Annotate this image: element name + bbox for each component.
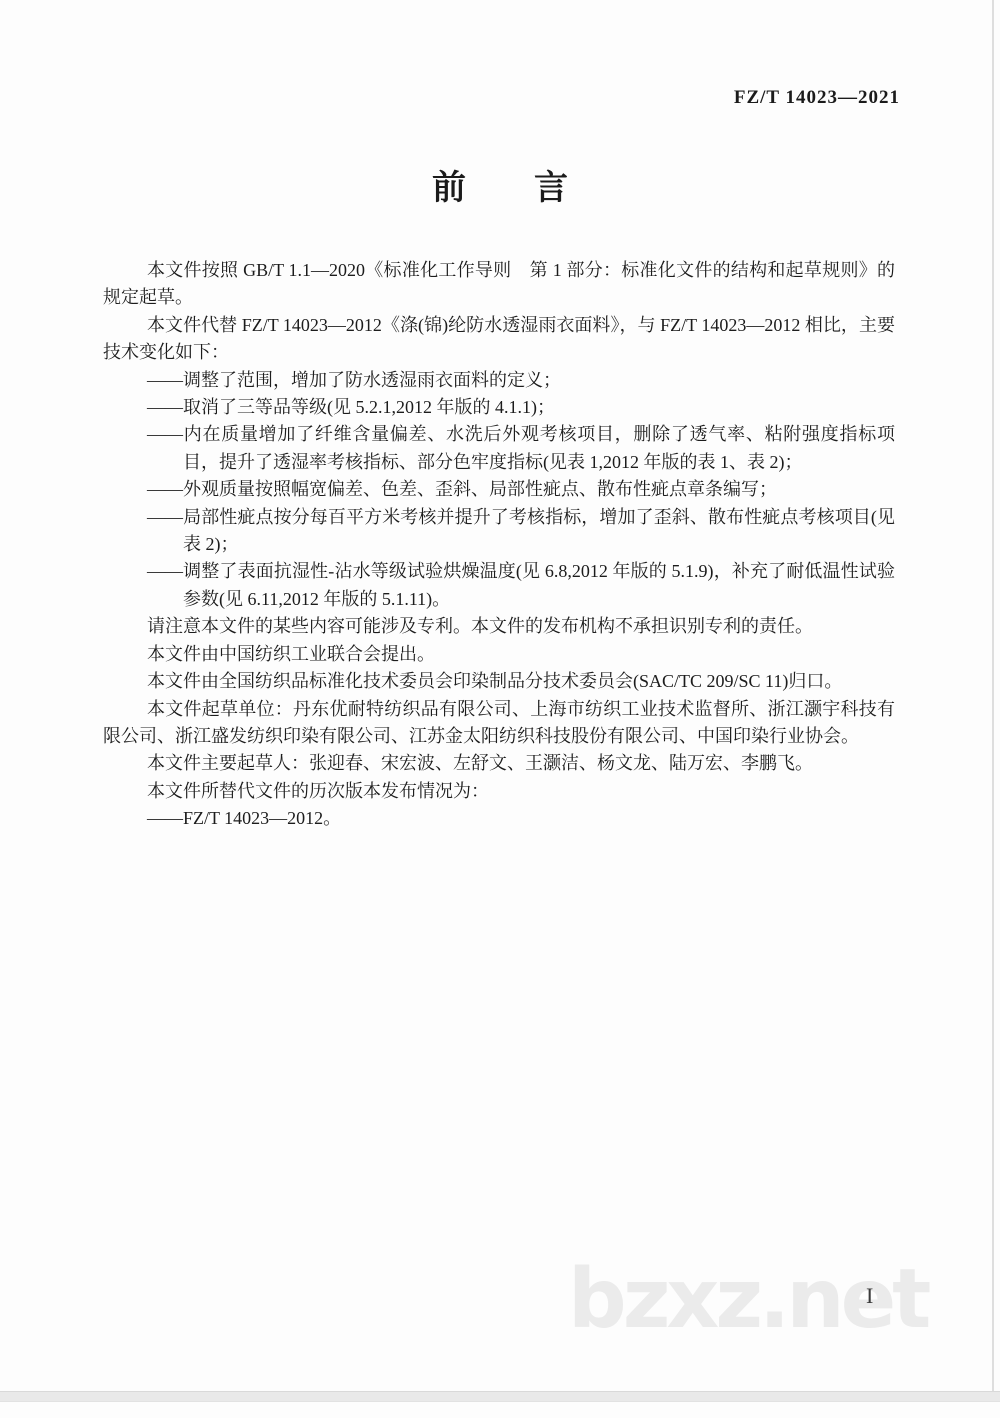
paragraph-proposer: 本文件由中国纺织工业联合会提出。 [103, 641, 895, 668]
watermark-text: bzxz.net [568, 1252, 927, 1347]
page-title: 前 言 [0, 160, 1000, 209]
standard-code: FZ/T 14023—2021 [734, 87, 900, 109]
change-item-scope: ——调整了范围，增加了防水透湿雨衣面料的定义； [103, 367, 895, 394]
paragraph-patent-notice: 请注意本文件的某些内容可能涉及专利。本文件的发布机构不承担识别专利的责任。 [103, 613, 895, 640]
change-item-test-params: ——调整了表面抗湿性-沾水等级试验烘燥温度(见 6.8,2012 年版的 5.1… [103, 558, 895, 613]
change-item-grades: ——取消了三等品等级(见 5.2.1,2012 年版的 4.1.1)； [103, 394, 895, 421]
paragraph-replaces: 本文件代替 FZ/T 14023—2012《涤(锦)纶防水透湿雨衣面料》，与 F… [103, 312, 895, 367]
document-page: FZ/T 14023—2021 前 言 本文件按照 GB/T 1.1—2020《… [0, 0, 1000, 1418]
paragraph-history-intro: 本文件所替代文件的历次版本发布情况为： [103, 778, 895, 805]
paragraph-drafting-units: 本文件起草单位：丹东优耐特纺织品有限公司、上海市纺织工业技术监督所、浙江灏宇科技… [103, 696, 895, 751]
change-item-inner-quality: ——内在质量增加了纤维含量偏差、水洗后外观考核项目，删除了透气率、粘附强度指标项… [103, 421, 895, 476]
change-item-appearance: ——外观质量按照幅宽偏差、色差、歪斜、局部性疵点、散布性疵点章条编写； [103, 476, 895, 503]
history-item: ——FZ/T 14023—2012。 [103, 805, 895, 832]
page-number: I [866, 1283, 873, 1309]
paragraph-drafters: 本文件主要起草人：张迎春、宋宏波、左舒文、王灏洁、杨文龙、陆万宏、李鹏飞。 [103, 750, 895, 777]
scan-edge-line [992, 0, 994, 1391]
page-break-strip [0, 1391, 1000, 1402]
change-item-local-defects: ——局部性疵点按分每百平方米考核并提升了考核指标，增加了歪斜、散布性疵点考核项目… [103, 504, 895, 559]
paragraph-committee: 本文件由全国纺织品标准化技术委员会印染制品分技术委员会(SAC/TC 209/S… [103, 668, 895, 695]
foreword-content: 本文件按照 GB/T 1.1—2020《标准化工作导则 第 1 部分：标准化文件… [103, 257, 895, 833]
paragraph-basis: 本文件按照 GB/T 1.1—2020《标准化工作导则 第 1 部分：标准化文件… [103, 257, 895, 312]
